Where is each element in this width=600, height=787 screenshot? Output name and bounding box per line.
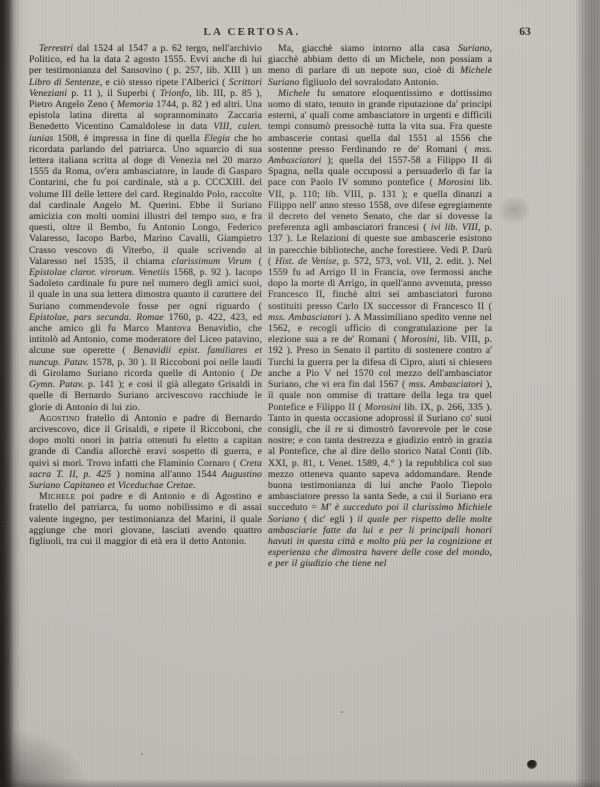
book-gutter-shadow	[0, 0, 28, 787]
bottom-corner-shadow	[0, 727, 90, 787]
paragraph: Michele fu senatore eloquentissimo e dot…	[268, 88, 492, 570]
text-column-right: Ma, giacchè siamo intorno alla casa Suri…	[268, 43, 492, 570]
speck-stain	[341, 711, 343, 713]
running-title: LA CERTOSA.	[167, 26, 337, 38]
smudge-stain	[499, 197, 529, 223]
paragraph: Ma, giacchè siamo intorno alla casa Suri…	[268, 43, 492, 88]
bottom-edge-shadow	[0, 777, 600, 787]
page-edge-shadow	[576, 0, 600, 787]
paragraph: Michele poi padre e di Antonio e di Agos…	[29, 491, 262, 547]
paragraph: Agostino fratello di Antonio e padre di …	[29, 413, 262, 491]
text-column-left: Terrestri dal 1524 al 1547 a p. 62 tergo…	[29, 43, 262, 547]
page-number: 63	[511, 26, 539, 38]
speck-stain	[141, 753, 143, 755]
paragraph: Terrestri dal 1524 al 1547 a p. 62 tergo…	[29, 43, 262, 413]
scanned-book-page: LA CERTOSA. 63 Terrestri dal 1524 al 154…	[0, 0, 600, 787]
ink-blot-stain	[527, 760, 537, 769]
speck-stain	[120, 436, 122, 438]
